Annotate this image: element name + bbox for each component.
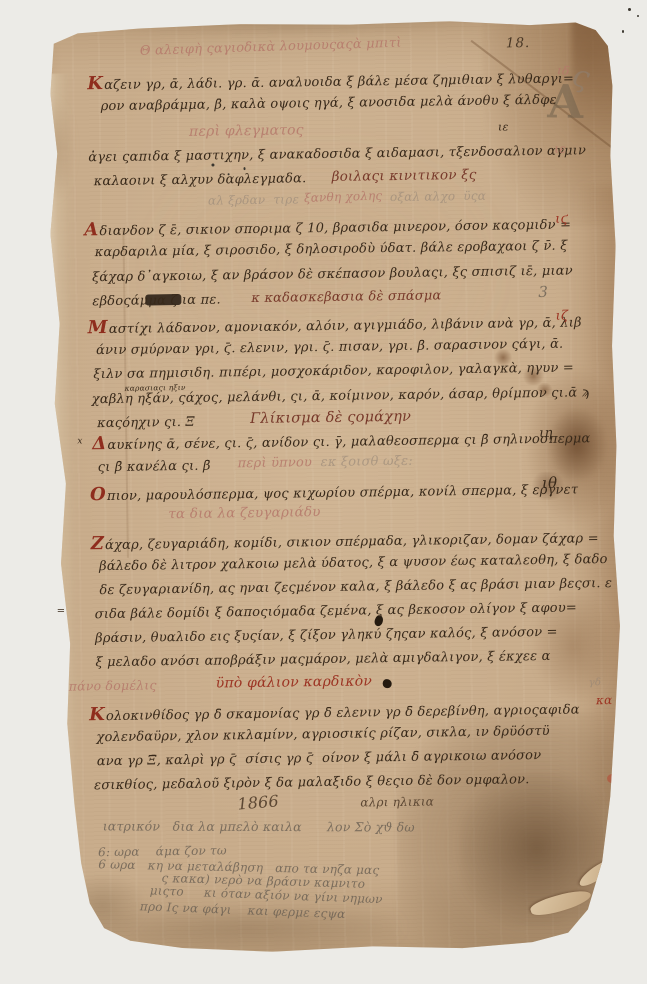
manuscript-line: εβδοςάμμα ζ ια πε. bbox=[92, 293, 221, 308]
rubricated-initial: Μ bbox=[88, 317, 108, 338]
manuscript-line: Δαυκίνης ᾱ, σένε, ςι. ϛ̄, ανίδον ςι. γ̄,… bbox=[92, 428, 590, 453]
manuscript-line: ξάχαρ δ᾽αγκοιω, ξ αν βράσον δὲ σκέπασον … bbox=[92, 265, 573, 285]
showthrough-text: αλ ξρδαν τιρε bbox=[208, 193, 299, 206]
manuscript-line: βράσιν, θυαλιδο εις ξυςίαν, ξ ζίξον γληκ… bbox=[95, 626, 558, 645]
rubricated-initial: Ζ bbox=[91, 533, 105, 554]
scanned-manuscript-photo: { "palette":{"background":"#ecebe7","pap… bbox=[0, 0, 647, 984]
manuscript-line: Ζάχαρ, ζευγαριάδη, κομίδι, σικιον σπέρμα… bbox=[91, 528, 599, 553]
manuscript-line: ςι β̄ κανέλα ςι. β̄ bbox=[98, 460, 211, 475]
manuscript-line: βάλεδο δὲ λιτρον χαλκοιω μελὰ ύδατος, ξ … bbox=[99, 553, 608, 573]
manuscript-line: χολενδαϋρν, χλον κικλαμίνν, αγριοσικίς ρ… bbox=[96, 725, 550, 744]
margin-number: ιζ bbox=[556, 310, 569, 323]
manuscript-line: καςόηχιν ςι. Ξ bbox=[97, 416, 195, 430]
section-rubric: περὶ φλεγματος bbox=[189, 123, 304, 139]
showthrough-text: εκ ξοισθ ωξε: bbox=[321, 455, 413, 469]
pencil-note: ιατρικόν δια λα μπελὸ καιλα λον Σὸ χϑ δω bbox=[103, 820, 415, 834]
manuscript-line: ξ μελαδο ανόσι αποβράξιν μαςμάρον, μελὰ … bbox=[95, 650, 550, 669]
section-rubric: τα δια λα ζευγαριάδυ bbox=[168, 506, 320, 522]
margin-number: ιϛ bbox=[555, 213, 568, 226]
manuscript-line: ξιλν σα πημισιδη. πιπέρι, μοσχοκάριδον, … bbox=[93, 362, 574, 382]
margin-number: 3 bbox=[538, 285, 548, 300]
margin-number: ιε bbox=[498, 121, 509, 132]
manuscript-line: ἀγει ςαπιδα ξ μαστιχην, ξ ανακαδοσιδα ξ … bbox=[88, 144, 586, 164]
date-note: 1866 bbox=[237, 793, 280, 812]
manuscript-line: ρον αναβράμμα, β̄, καλὰ οψοις ηγά, ξ ανο… bbox=[101, 94, 557, 113]
rubricated-initial: Α bbox=[84, 219, 98, 240]
manuscript-line: δε ζευγαριανίδη, ας ηναι ζεςμένον καλα, … bbox=[99, 577, 612, 597]
showthrough-text: ξανθη χολης bbox=[304, 189, 383, 203]
manuscript-line: Γλίκισμα δὲ ςομάχην bbox=[250, 410, 411, 427]
margin-number: ιθ bbox=[542, 476, 558, 491]
manuscript-line: Αδιανδον ζ ε̄, σικιον σποριμα ζ 10, βρασ… bbox=[84, 215, 571, 240]
manuscript-line: ανα γρ Ξ̄, καλρὶ γρ ϛ̄ σίσις γρ ϛ̄ οίνον… bbox=[97, 749, 542, 768]
margin-number: κα bbox=[596, 694, 613, 706]
manuscript-line: καλαοινι ξ αλχυν δαφλεγμαδα. bbox=[94, 172, 307, 188]
showthrough-text: οξαλ αλχο ϋςα bbox=[390, 190, 486, 203]
section-rubric: ϋπὸ φάλιον καρδικὸν bbox=[216, 674, 372, 690]
manuscript-line: σιδα βάλε δομίδι ξ δαποςιόμαδα ζεμένα, ξ… bbox=[95, 601, 577, 621]
margin-number: ιη bbox=[539, 427, 552, 440]
rubricated-initial: Κ bbox=[87, 73, 103, 94]
manuscript-line: πάνο δομέλις bbox=[69, 679, 157, 693]
text-layer: 18. A Θ αλειφὴ ςαγιοδικὰ λουμουςαςὰ μπιτ… bbox=[19, 16, 629, 962]
manuscript-line: Οπιον, μαρουλόσπερμα, ψος κιχωρίου σπέρμ… bbox=[90, 479, 578, 504]
rubricated-initial: Κ bbox=[89, 704, 105, 725]
title-rubric: Θ αλειφὴ ςαγιοδικὰ λουμουςαςὰ μπιτὶ bbox=[140, 37, 402, 58]
manuscript-line: εσικθίος, μεδαλοῦ ξιρὸν ξ δα μαλαξιδο ξ … bbox=[94, 773, 530, 792]
dust-speck bbox=[622, 30, 624, 33]
page-number: 18. bbox=[506, 35, 531, 51]
manuscript-line: Καζειν γρ, ᾱ, λάδι. γρ. ᾱ. αναλυοιδα ξ β… bbox=[87, 68, 574, 93]
manuscript-line: Μαστίχι λάδανον, αμονιακόν, αλόιν, αγιγμ… bbox=[88, 312, 582, 337]
margin-mark: x bbox=[77, 437, 82, 446]
rubricated-initial: Δ bbox=[92, 433, 106, 454]
manuscript-line: κ καδασκεβασια δὲ σπάσμα bbox=[251, 289, 441, 305]
manuscript-line: καρδαριλα μία, ξ σιροσιδο, ξ δηλοσιροδὺ … bbox=[95, 240, 568, 260]
manuscript-line: άνιν σμύρναν γρι, ϛ̄. ελενιν, γρι. ϛ̄. π… bbox=[96, 338, 563, 358]
rubricated-initial: Ο bbox=[90, 484, 106, 505]
pencil-note: 6: ωρα άμα ζον τω bbox=[98, 844, 227, 858]
dust-speck bbox=[628, 8, 631, 11]
dust-speck bbox=[637, 15, 639, 17]
margin-number: ιε bbox=[554, 143, 566, 155]
margin-mark: = bbox=[57, 607, 66, 617]
manuscript-line: Κολοκινθίδος γρ δ̄ σκαμονίας γρ δ̄ ελενι… bbox=[89, 699, 580, 724]
section-rubric: περὶ ϋπνου bbox=[238, 456, 313, 470]
manuscript-line: βοιλαςι κινιτικον ξς bbox=[332, 169, 477, 185]
date-note: αλρι ηλικια bbox=[360, 796, 434, 809]
margin-mark: γδ bbox=[589, 678, 602, 688]
